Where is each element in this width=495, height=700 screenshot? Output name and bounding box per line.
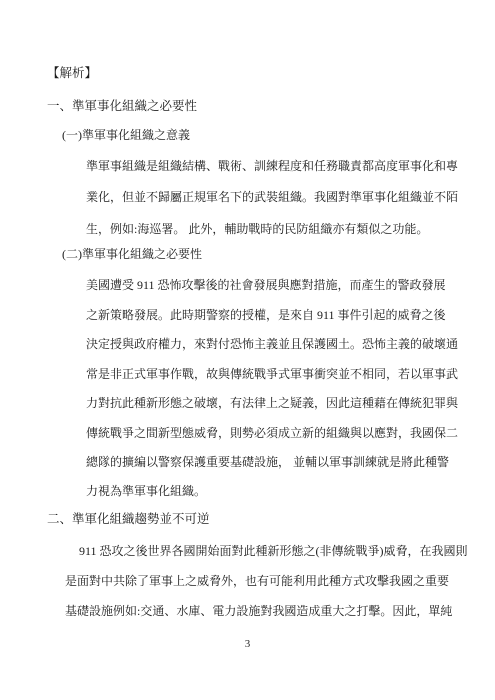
section-2-title: 二、準軍化組織趨勢並不可逆	[47, 512, 210, 527]
body-line: 之新策略發展。此時期警察的授權，是來自 911 事件引起的威脅之後	[86, 308, 446, 323]
body-line: 常是非正式軍事作戰，故與傳統戰爭式軍事衝突並不相同，若以軍事武	[86, 367, 458, 382]
body-line: 生，例如:海巡署。 此外，輔助戰時的民防組織亦有類似之功能。	[86, 222, 428, 237]
document-page: 【解析】 一、準軍事化組織之必要性 (一)準軍事化組織之意義 準軍事組織是組織結…	[0, 0, 495, 700]
page-number: 3	[0, 638, 495, 650]
body-line: 美國遭受 911 恐怖攻擊後的社會發展與應對措施，而產生的警政發展	[86, 278, 446, 293]
body-line: 準軍事組織是組織結構、戰術、訓練程度和任務職責都高度軍事化和專	[86, 159, 458, 174]
body-line: 基礎設施例如:交通、水庫、電力設施對我國造成重大之打擊。因此，單純	[65, 604, 452, 619]
subsection-1-2-title: (二)準軍事化組織之必要性	[62, 247, 202, 262]
body-line: 是面對中共除了軍事上之威脅外，也有可能利用此種方式攻擊我國之重要	[65, 574, 449, 589]
body-line: 力對抗此種新形態之破壞，有法律上之疑義，因此這種藉在傳統犯罪與	[86, 396, 458, 411]
body-line: 業化，但並不歸屬正規軍名下的武裝組織。我國對準軍事化組織並不陌	[86, 190, 458, 205]
body-line: 911 恐攻之後世界各國開始面對此種新形態之(非傳統戰爭)威脅，在我國則	[79, 544, 468, 559]
body-line: 總隊的擴編以警察保護重要基礎設施， 並輔以軍事訓練就是將此種警	[86, 455, 449, 470]
analysis-heading: 【解析】	[47, 66, 97, 81]
subsection-1-1-title: (一)準軍事化組織之意義	[62, 128, 190, 143]
body-line: 決定授與政府權力，來對付恐怖主義並且保護國土。恐怖主義的破壞通	[86, 337, 458, 352]
section-1-title: 一、準軍事化組織之必要性	[47, 99, 197, 114]
body-line: 傳統戰爭之間新型態威脅，則勢必須成立新的組織與以應對，我國保二	[86, 426, 458, 441]
body-line: 力視為準軍事化組織。	[86, 484, 206, 499]
